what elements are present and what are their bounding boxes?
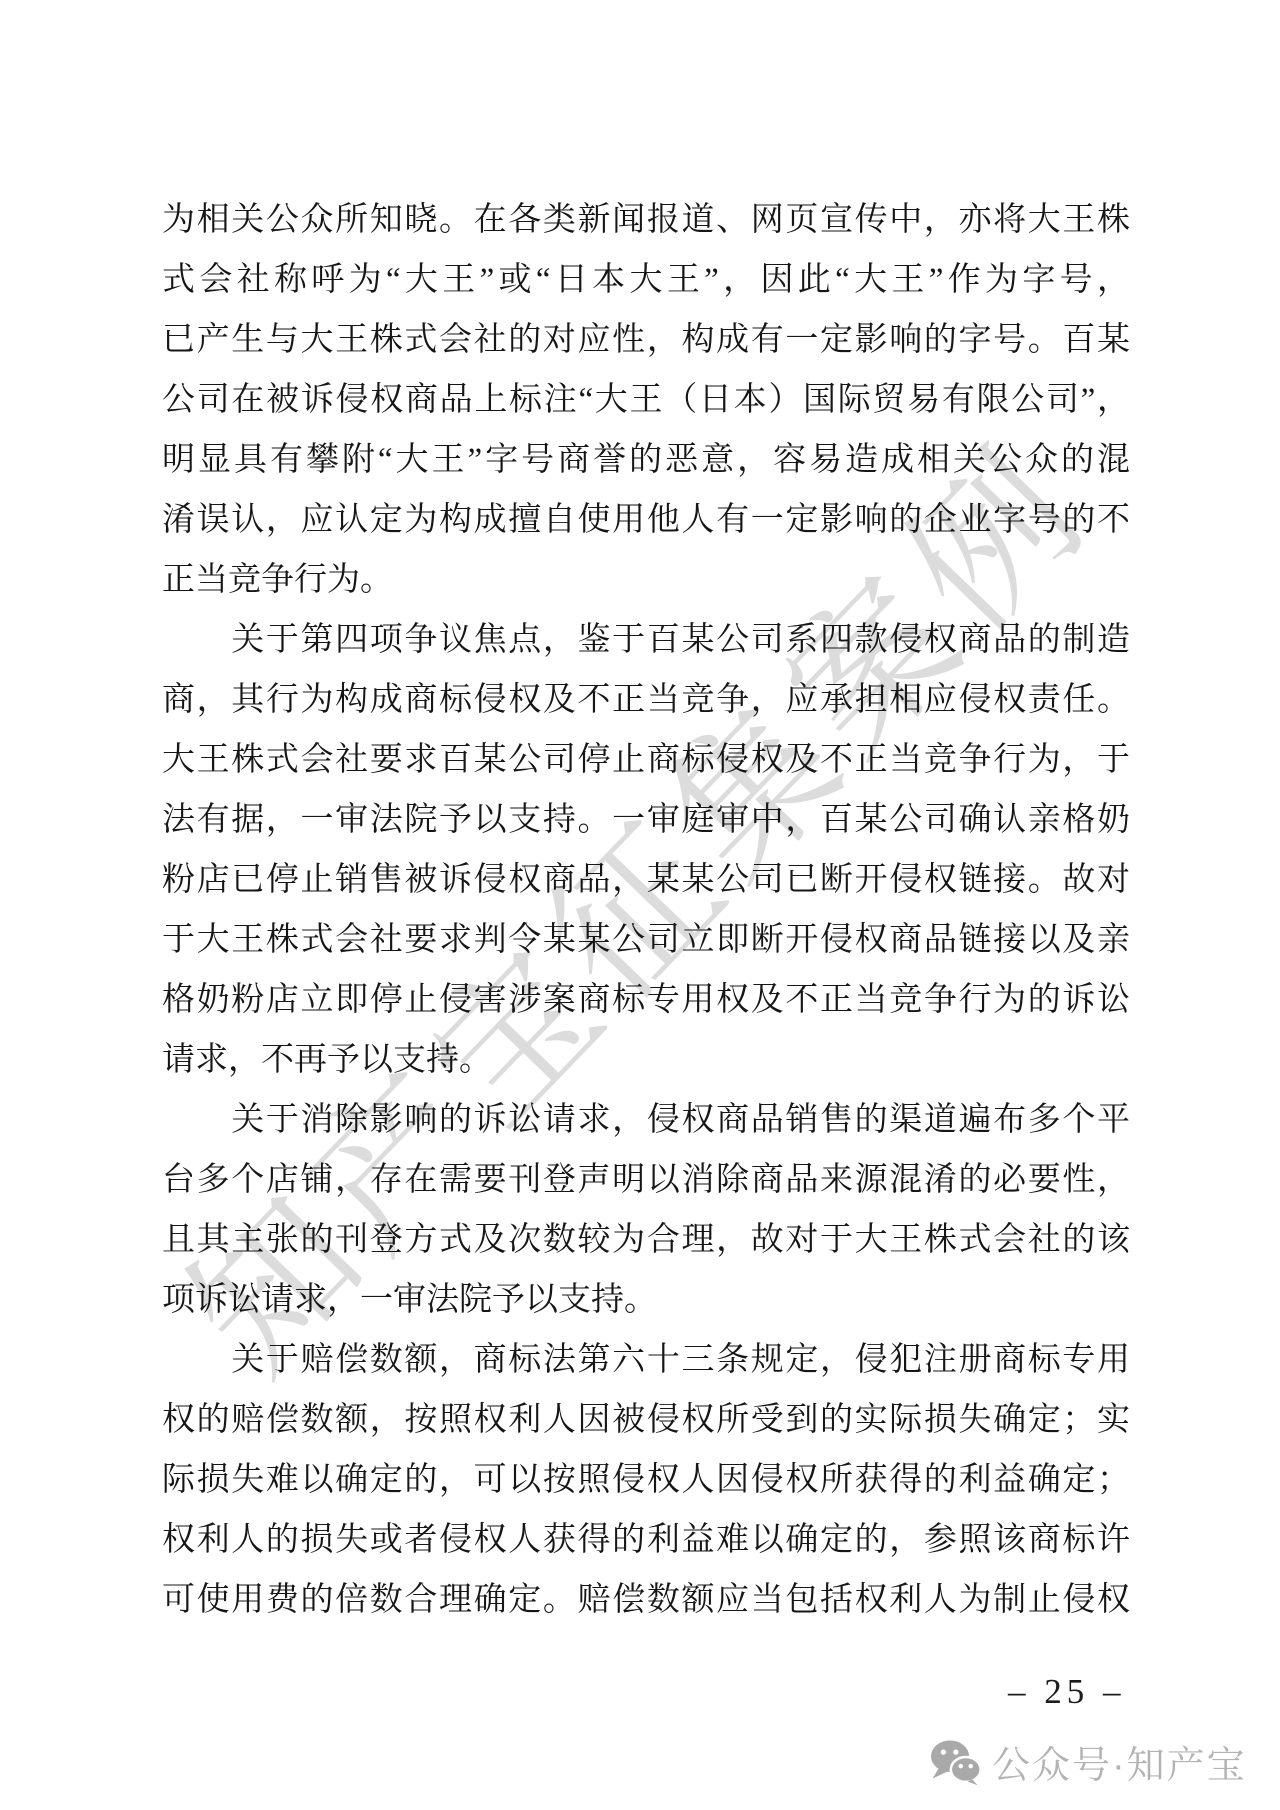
text-line: 权利人的损失或者侵权人获得的利益难以确定的，参照该商标许 bbox=[162, 1510, 1130, 1570]
text-line: 且其主张的刊登方式及次数较为合理，故对于大王株式会社的该 bbox=[162, 1210, 1130, 1270]
text-line: 关于第四项争议焦点，鉴于百某公司系四款侵权商品的制造 bbox=[162, 610, 1130, 670]
text-line: 格奶粉店立即停止侵害涉案商标专用权及不正当竞争行为的诉讼 bbox=[162, 970, 1130, 1030]
page-number: – 25 – bbox=[1008, 1672, 1126, 1712]
text-line: 为相关公众所知晓。在各类新闻报道、网页宣传中，亦将大王株 bbox=[162, 190, 1130, 250]
text-line: 淆误认，应认定为构成擅自使用他人有一定影响的企业字号的不 bbox=[162, 490, 1130, 550]
wechat-icon bbox=[928, 1738, 982, 1786]
footer: 公众号·知产宝 bbox=[928, 1734, 1247, 1789]
text-line: 台多个店铺，存在需要刊登声明以消除商品来源混淆的必要性， bbox=[162, 1150, 1130, 1210]
text-line: 际损失难以确定的，可以按照侵权人因侵权所获得的利益确定； bbox=[162, 1450, 1130, 1510]
text-line: 公司在被诉侵权商品上标注“大王（日本）国际贸易有限公司”， bbox=[162, 370, 1130, 430]
text-line: 于大王株式会社要求判令某某公司立即断开侵权商品链接以及亲 bbox=[162, 910, 1130, 970]
text-line: 法有据，一审法院予以支持。一审庭审中，百某公司确认亲格奶 bbox=[162, 790, 1130, 850]
text-line: 关于消除影响的诉讼请求，侵权商品销售的渠道遍布多个平 bbox=[162, 1090, 1130, 1150]
text-line: 正当竞争行为。 bbox=[162, 550, 1130, 610]
text-line: 权的赔偿数额，按照权利人因被侵权所受到的实际损失确定；实 bbox=[162, 1390, 1130, 1450]
text-line: 式会社称呼为“大王”或“日本大王”，因此“大王”作为字号， bbox=[162, 250, 1130, 310]
text-line: 项诉讼请求，一审法院予以支持。 bbox=[162, 1270, 1130, 1330]
text-line: 明显具有攀附“大王”字号商誉的恶意，容易造成相关公众的混 bbox=[162, 430, 1130, 490]
text-line: 请求，不再予以支持。 bbox=[162, 1030, 1130, 1090]
text-line: 已产生与大王株式会社的对应性，构成有一定影响的字号。百某 bbox=[162, 310, 1130, 370]
text-line: 关于赔偿数额，商标法第六十三条规定，侵犯注册商标专用 bbox=[162, 1330, 1130, 1390]
text-line: 商，其行为构成商标侵权及不正当竞争，应承担相应侵权责任。 bbox=[162, 670, 1130, 730]
text-line: 大王株式会社要求百某公司停止商标侵权及不正当竞争行为，于 bbox=[162, 730, 1130, 790]
footer-label: 公众号·知产宝 bbox=[992, 1734, 1247, 1789]
text-line: 可使用费的倍数合理确定。赔偿数额应当包括权利人为制止侵权 bbox=[162, 1570, 1130, 1630]
document-page: 知产宝征集案例 为相关公众所知晓。在各类新闻报道、网页宣传中，亦将大王株式会社称… bbox=[0, 0, 1280, 1810]
document-body: 为相关公众所知晓。在各类新闻报道、网页宣传中，亦将大王株式会社称呼为“大王”或“… bbox=[162, 190, 1130, 1630]
text-line: 粉店已停止销售被诉侵权商品，某某公司已断开侵权链接。故对 bbox=[162, 850, 1130, 910]
